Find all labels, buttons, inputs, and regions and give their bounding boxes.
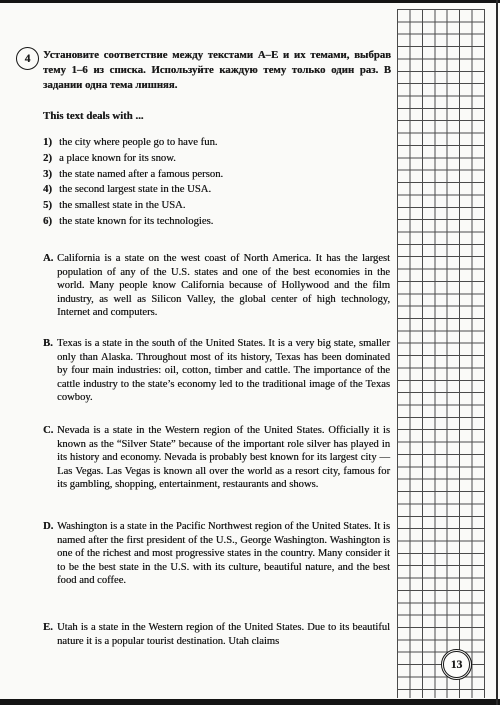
paragraph-letter: C. [43, 424, 53, 438]
theme-option-5: 5) the smallest state in the USA. [43, 198, 391, 214]
option-text: the state named after a famous person. [59, 167, 223, 183]
page-right-edge [496, 0, 498, 705]
option-text: the second largest state in the USA. [59, 182, 211, 198]
option-number: 5) [43, 198, 59, 214]
textbook-page: 4 Установите соответствие между текстами… [0, 0, 500, 705]
quad-grid-margin [397, 9, 485, 698]
paragraph-d: D. Washington is a state in the Pacific … [43, 520, 390, 588]
option-text: the state known for its technologies. [59, 214, 213, 230]
task-number-badge: 4 [16, 47, 39, 70]
option-text: the city where people go to have fun. [59, 135, 217, 151]
paragraph-letter: B. [43, 337, 53, 351]
option-number: 1) [43, 135, 59, 151]
paragraph-text: California is a state on the west coast … [57, 253, 390, 318]
option-number: 6) [43, 214, 59, 230]
task-prompt: This text deals with ... [43, 110, 143, 122]
option-number: 3) [43, 167, 59, 183]
paragraph-text: Nevada is a state in the Western region … [57, 425, 390, 490]
theme-option-4: 4) the second largest state in the USA. [43, 182, 391, 198]
paragraph-b: B. Texas is a state in the south of the … [43, 337, 390, 405]
page-number-badge: 13 [441, 649, 472, 680]
page-top-border [0, 0, 500, 3]
task-instruction-ru: Установите соответствие между текстами А… [43, 48, 391, 93]
paragraph-letter: D. [43, 520, 53, 534]
paragraph-text: Washington is a state in the Pacific Nor… [57, 521, 390, 586]
theme-option-1: 1) the city where people go to have fun. [43, 135, 391, 151]
theme-option-6: 6) the state known for its technologies. [43, 214, 391, 230]
option-number: 2) [43, 151, 59, 167]
paragraph-text: Utah is a state in the Western region of… [57, 622, 390, 647]
paragraph-e: E. Utah is a state in the Western region… [43, 621, 390, 648]
paragraph-letter: E. [43, 621, 53, 635]
option-number: 4) [43, 182, 59, 198]
paragraph-a: A. California is a state on the west coa… [43, 252, 390, 320]
page-number: 13 [443, 651, 469, 677]
option-text: a place known for its snow. [59, 151, 176, 167]
theme-option-3: 3) the state named after a famous person… [43, 167, 391, 183]
theme-option-2: 2) a place known for its snow. [43, 151, 391, 167]
option-text: the smallest state in the USA. [59, 198, 185, 214]
task-number: 4 [25, 53, 31, 65]
paragraph-c: C. Nevada is a state in the Western regi… [43, 424, 390, 492]
page-bottom-border [0, 699, 500, 705]
paragraph-letter: A. [43, 252, 53, 266]
theme-options-list: 1) the city where people go to have fun.… [43, 135, 391, 230]
paragraph-text: Texas is a state in the south of the Uni… [57, 338, 390, 403]
